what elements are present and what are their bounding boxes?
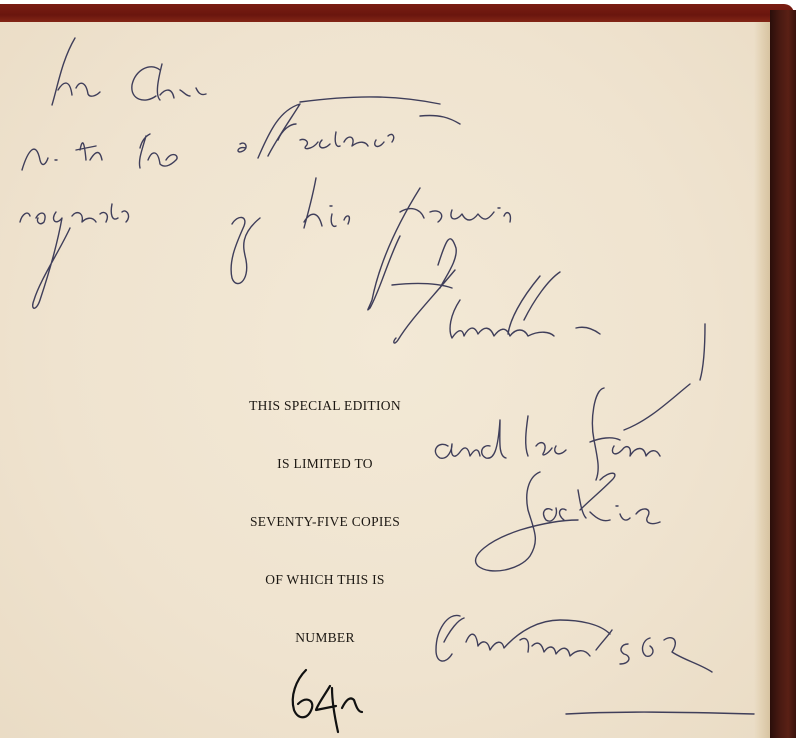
handwriting-underline: [566, 712, 754, 714]
handwriting-regards-of-his-friends: [20, 178, 510, 310]
handwriting-with-the-affectionate: [22, 97, 460, 170]
handwriting-and-love-from: [435, 384, 690, 480]
handwriting-signature-jack: [392, 239, 705, 380]
handwriting-for-chris: [52, 38, 206, 105]
handwritten-inscription: [0, 0, 800, 738]
handwriting-copy-number: [293, 670, 362, 732]
handwriting-christmas-1962: [436, 615, 712, 672]
book-page: THIS SPECIAL EDITION IS LIMITED TO SEVEN…: [0, 0, 800, 738]
handwriting-signature-jackie: [476, 472, 660, 571]
